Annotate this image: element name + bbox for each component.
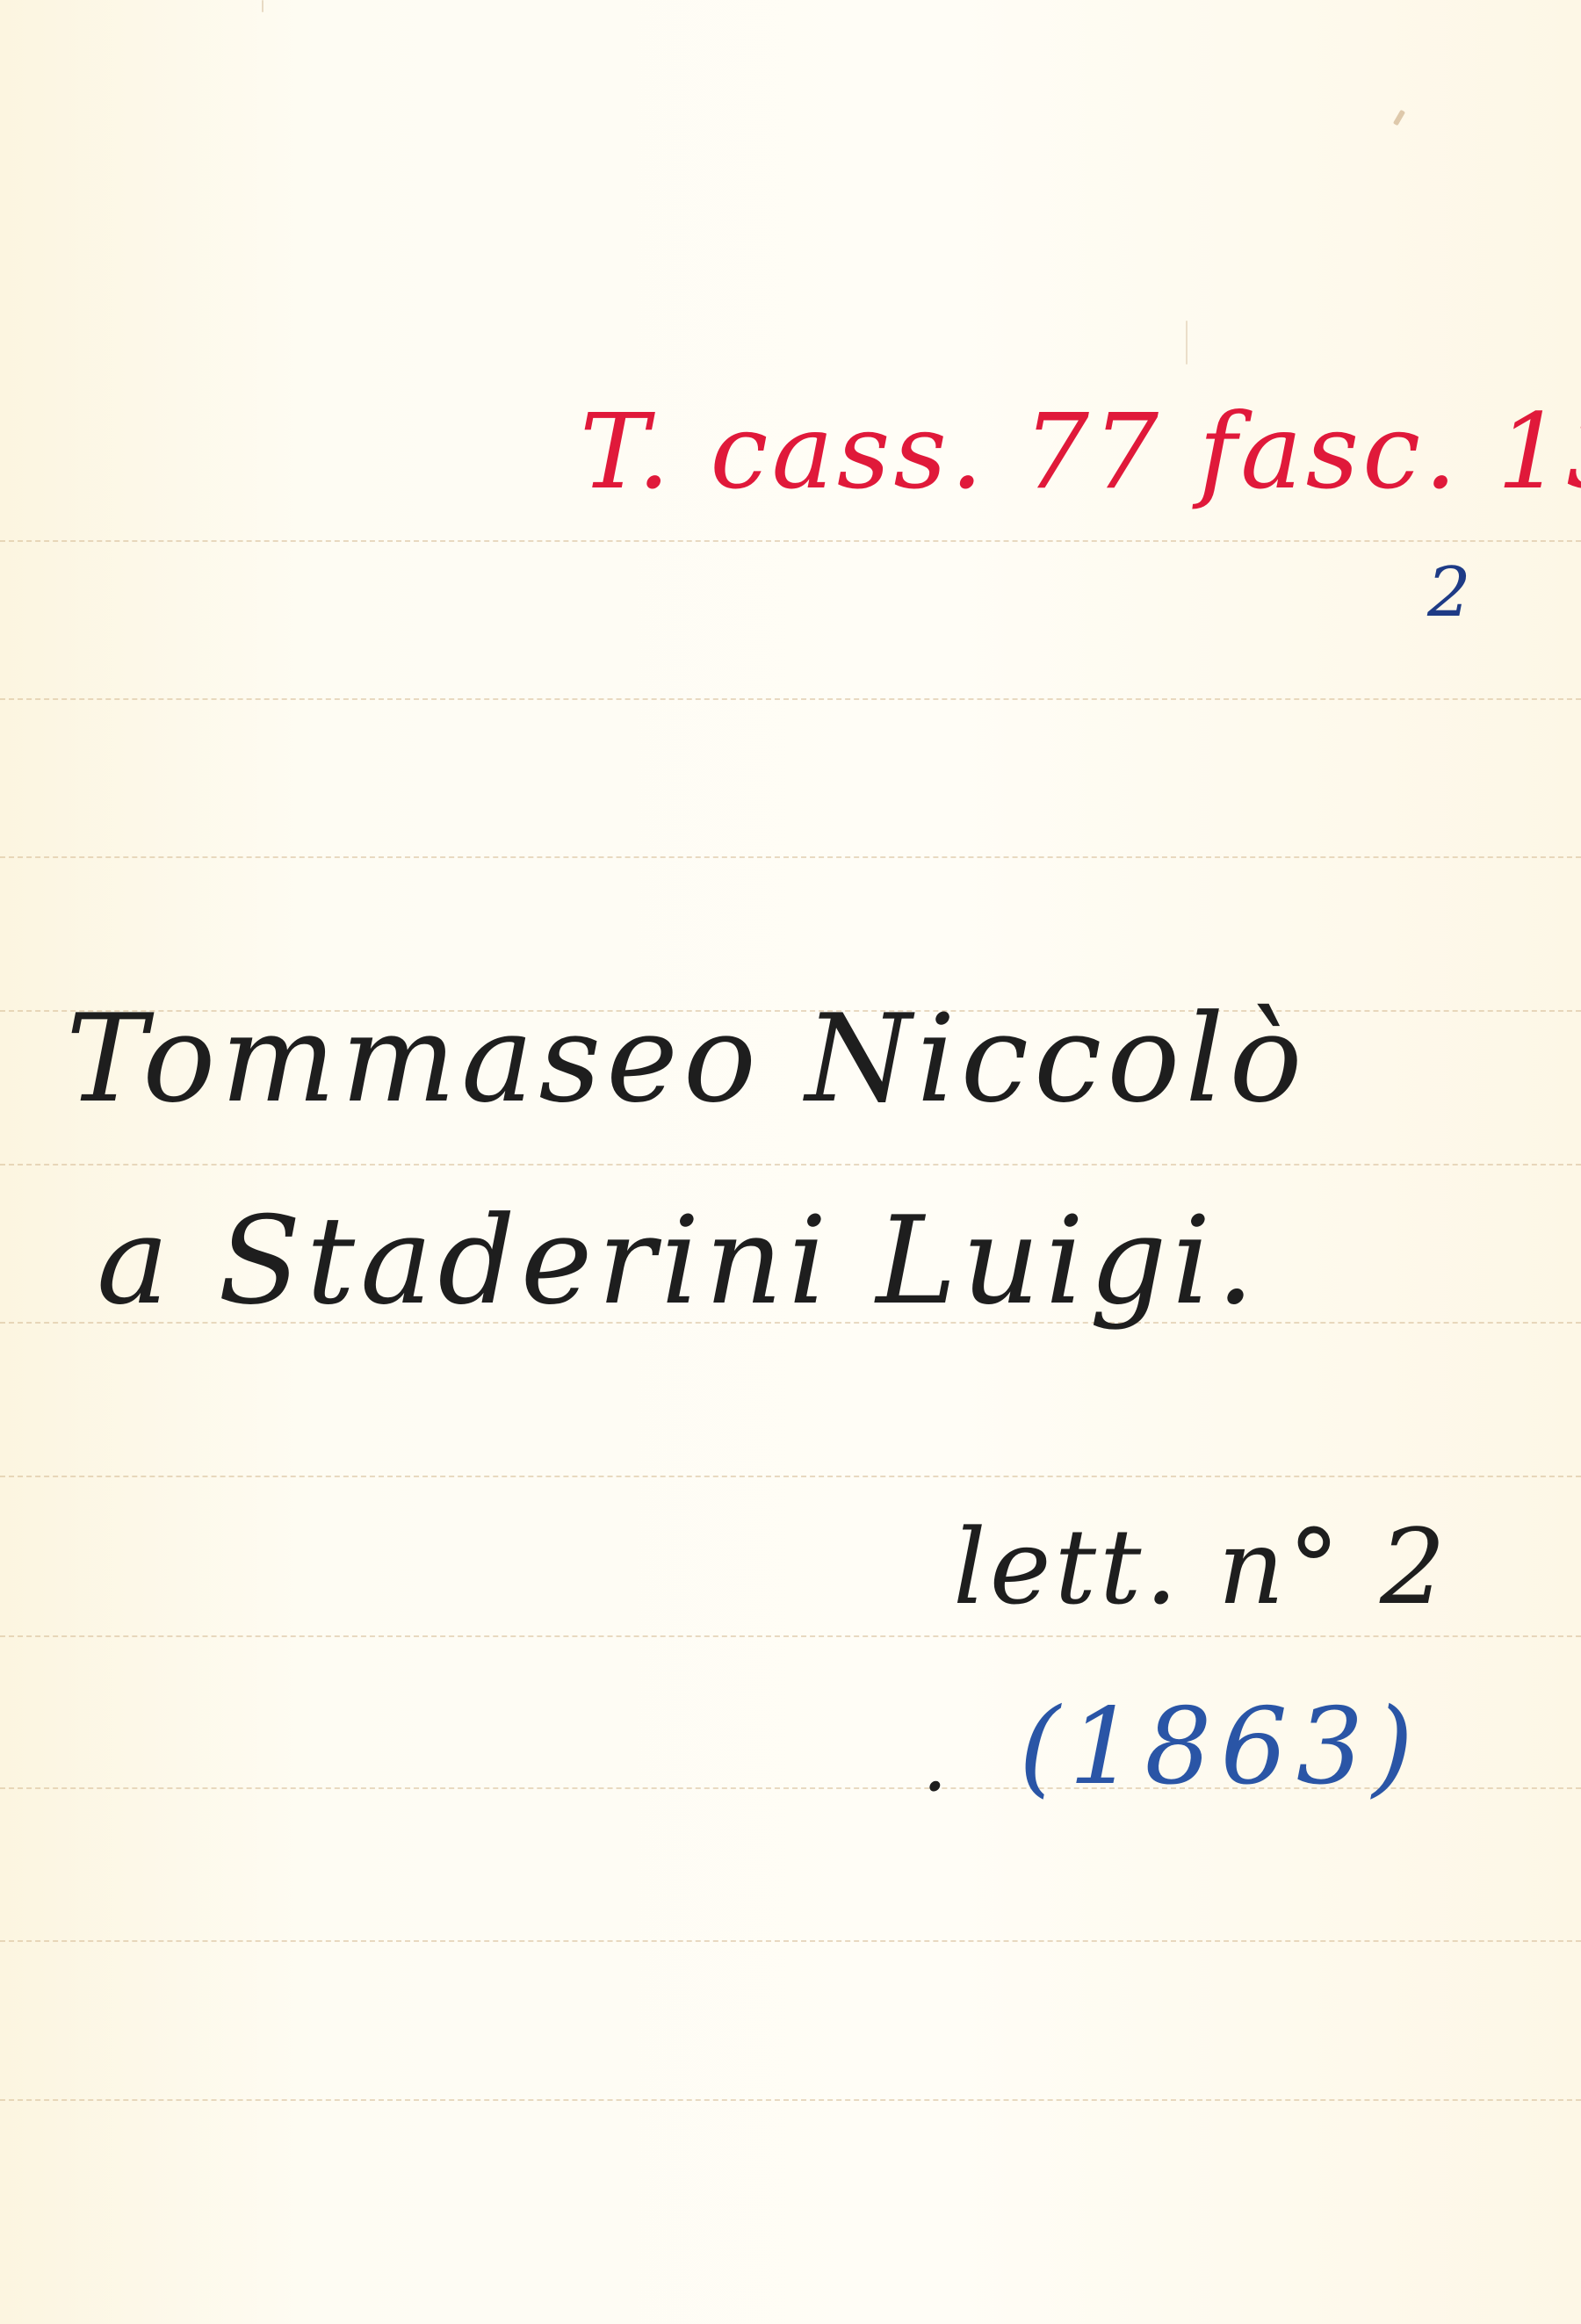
shelfmark-sub-number: 2 <box>1427 553 1475 632</box>
paper-speck <box>262 0 263 12</box>
leading-dot-mark: . <box>922 1717 951 1809</box>
ruled-line <box>0 698 1581 700</box>
ruled-line <box>0 856 1581 858</box>
author-name: Tommaseo Niccolò <box>66 988 1308 1130</box>
letter-year: (1863) <box>1019 1686 1422 1808</box>
paper-speck <box>1186 321 1188 364</box>
shelfmark-label: T. cass. 77 fasc. 132 <box>580 391 1581 512</box>
ruled-line <box>0 540 1581 542</box>
catalog-card: T. cass. 77 fasc. 132 2 Tommaseo Niccolò… <box>0 0 1581 2324</box>
letter-number: lett. n° 2 <box>953 1506 1449 1628</box>
ruled-line <box>0 1635 1581 1637</box>
ruled-line <box>0 1164 1581 1166</box>
paper-speck <box>1393 110 1405 126</box>
ruled-line <box>0 1476 1581 1477</box>
recipient-name: a Staderini Luigi. <box>97 1190 1260 1332</box>
ruled-line <box>0 2099 1581 2101</box>
ruled-line <box>0 1940 1581 1942</box>
